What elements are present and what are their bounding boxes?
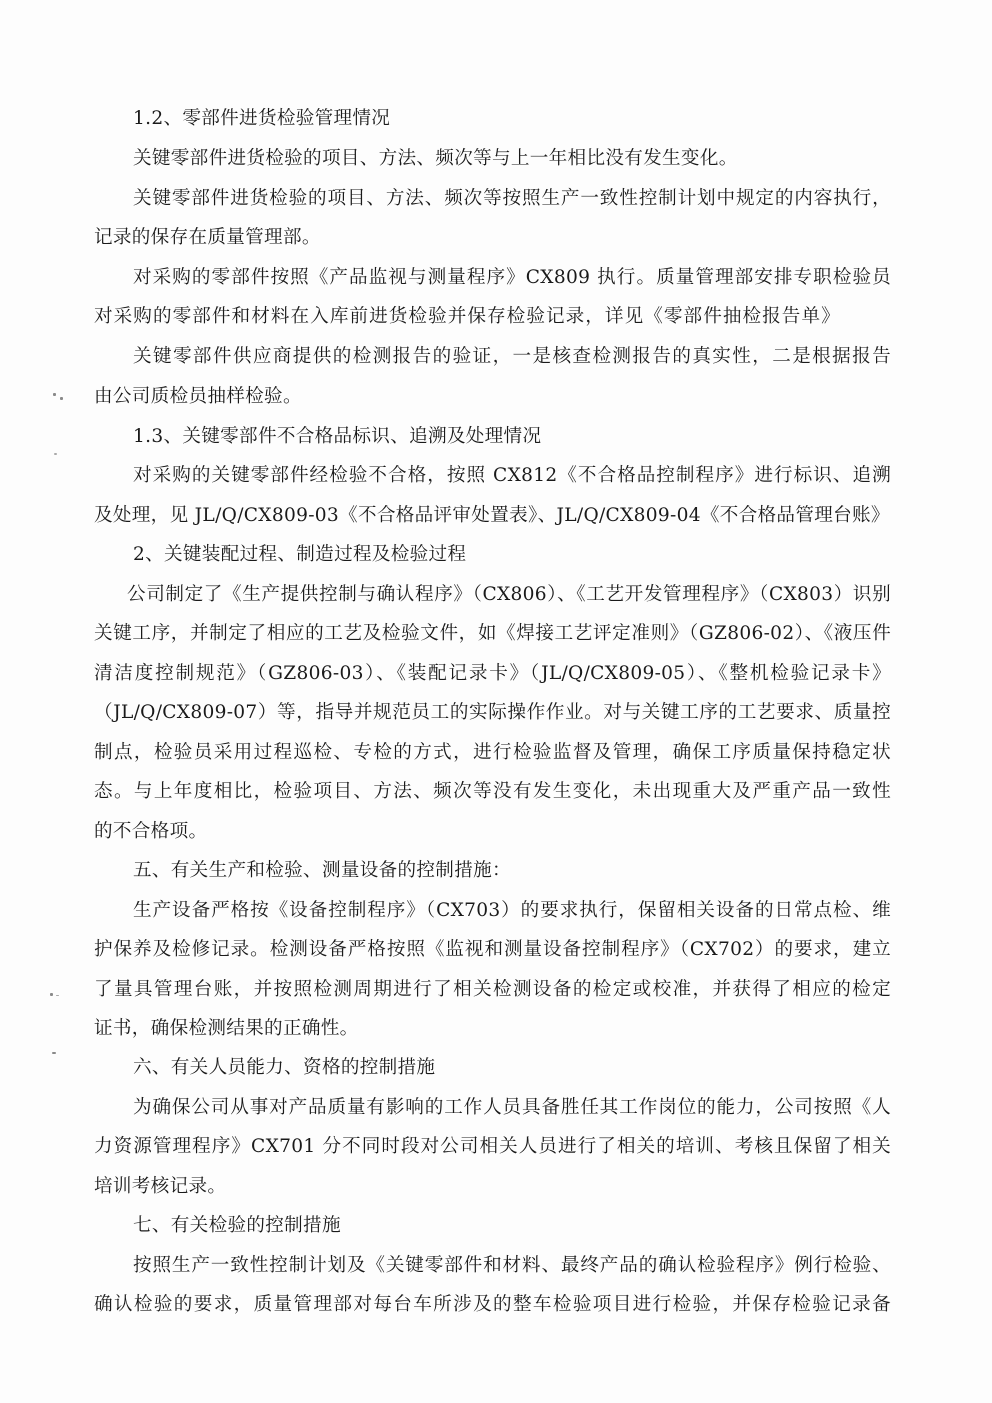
paragraph-line: 关键零部件进货检验的项目、方法、频次等按照生产一致性控制计划中规定的内容执行， [133, 186, 891, 212]
scan-speck [53, 393, 56, 396]
paragraph-line: 对采购的零部件按照《产品监视与测量程序》CX809 执行。质量管理部安排专职检验… [133, 265, 891, 291]
document-page: 1.2、零部件进货检验管理情况 关键零部件进货检验的项目、方法、频次等与上一年相… [0, 0, 992, 1403]
paragraph-line: （JL/Q/CX809-07）等，指导并规范员工的实际操作作业。对与关键工序的工… [94, 700, 891, 726]
scan-speck [60, 397, 63, 400]
paragraph-line: 关键工序，并制定了相应的工艺及检验文件，如《焊接工艺评定准则》（GZ806-02… [94, 621, 891, 647]
paragraph-line: 及处理，见 JL/Q/CX809-03《不合格品评审处置表》、JL/Q/CX80… [94, 503, 884, 529]
heading-2: 2、关键装配过程、制造过程及检验过程 [133, 542, 466, 568]
heading-section-5: 五、有关生产和检验、测量设备的控制措施： [133, 858, 511, 884]
paragraph-line: 力资源管理程序》CX701 分不同时段对公司相关人员进行了相关的培训、考核且保留… [94, 1134, 891, 1160]
paragraph-line: 按照生产一致性控制计划及《关键零部件和材料、最终产品的确认检验程序》例行检验、 [133, 1253, 891, 1279]
scan-speck [56, 995, 59, 996]
paragraph-line: 了量具管理台账，并按照检测周期进行了相关检测设备的检定或校准，并获得了相应的检定 [94, 977, 891, 1003]
paragraph-line: 制点，检验员采用过程巡检、专检的方式，进行检验监督及管理，确保工序质量保持稳定状 [94, 740, 891, 766]
paragraph-line: 培训考核记录。 [94, 1174, 226, 1200]
paragraph-line: 对采购的关键零部件经检验不合格，按照 CX812《不合格品控制程序》进行标识、追… [133, 463, 891, 489]
paragraph-line: 态。与上年度相比，检验项目、方法、频次等没有发生变化，未出现重大及严重产品一致性 [94, 779, 891, 805]
heading-section-7: 七、有关检验的控制措施 [133, 1213, 341, 1239]
paragraph-line: 证书，确保检测结果的正确性。 [94, 1016, 359, 1042]
paragraph-line: 护保养及检修记录。检测设备严格按照《监视和测量设备控制程序》（CX702）的要求… [94, 937, 891, 963]
paragraph-line: 确认检验的要求，质量管理部对每台车所涉及的整车检验项目进行检验，并保存检验记录备 [94, 1292, 891, 1318]
paragraph-line: 由公司质检员抽样检验。 [94, 384, 302, 410]
scan-speck [52, 1052, 56, 1054]
paragraph-line: 关键零部件供应商提供的检测报告的验证，一是核查检测报告的真实性，二是根据报告 [133, 344, 891, 370]
paragraph-line: 对采购的零部件和材料在入库前进货检验并保存检验记录，详见《零部件抽检报告单》 [94, 304, 840, 330]
heading-1-3: 1.3、关键零部件不合格品标识、追溯及处理情况 [133, 424, 541, 450]
heading-section-6: 六、有关人员能力、资格的控制措施 [133, 1055, 435, 1081]
paragraph-line: 公司制定了《生产提供控制与确认程序》（CX806）、《工艺开发管理程序》（CX8… [127, 582, 891, 608]
scan-speck [54, 453, 57, 455]
paragraph-line: 的不合格项。 [94, 819, 207, 845]
paragraph-line: 生产设备严格按《设备控制程序》（CX703）的要求执行，保留相关设备的日常点检、… [133, 898, 891, 924]
paragraph-line: 清洁度控制规范》（GZ806-03）、《装配记录卡》（JL/Q/CX809-05… [94, 661, 891, 687]
paragraph-line: 关键零部件进货检验的项目、方法、频次等与上一年相比没有发生变化。 [133, 146, 738, 172]
scan-speck [50, 993, 53, 996]
paragraph-line: 为确保公司从事对产品质量有影响的工作人员具备胜任其工作岗位的能力，公司按照《人 [133, 1095, 891, 1121]
paragraph-line: 记录的保存在质量管理部。 [94, 225, 321, 251]
heading-1-2: 1.2、零部件进货检验管理情况 [133, 106, 390, 132]
